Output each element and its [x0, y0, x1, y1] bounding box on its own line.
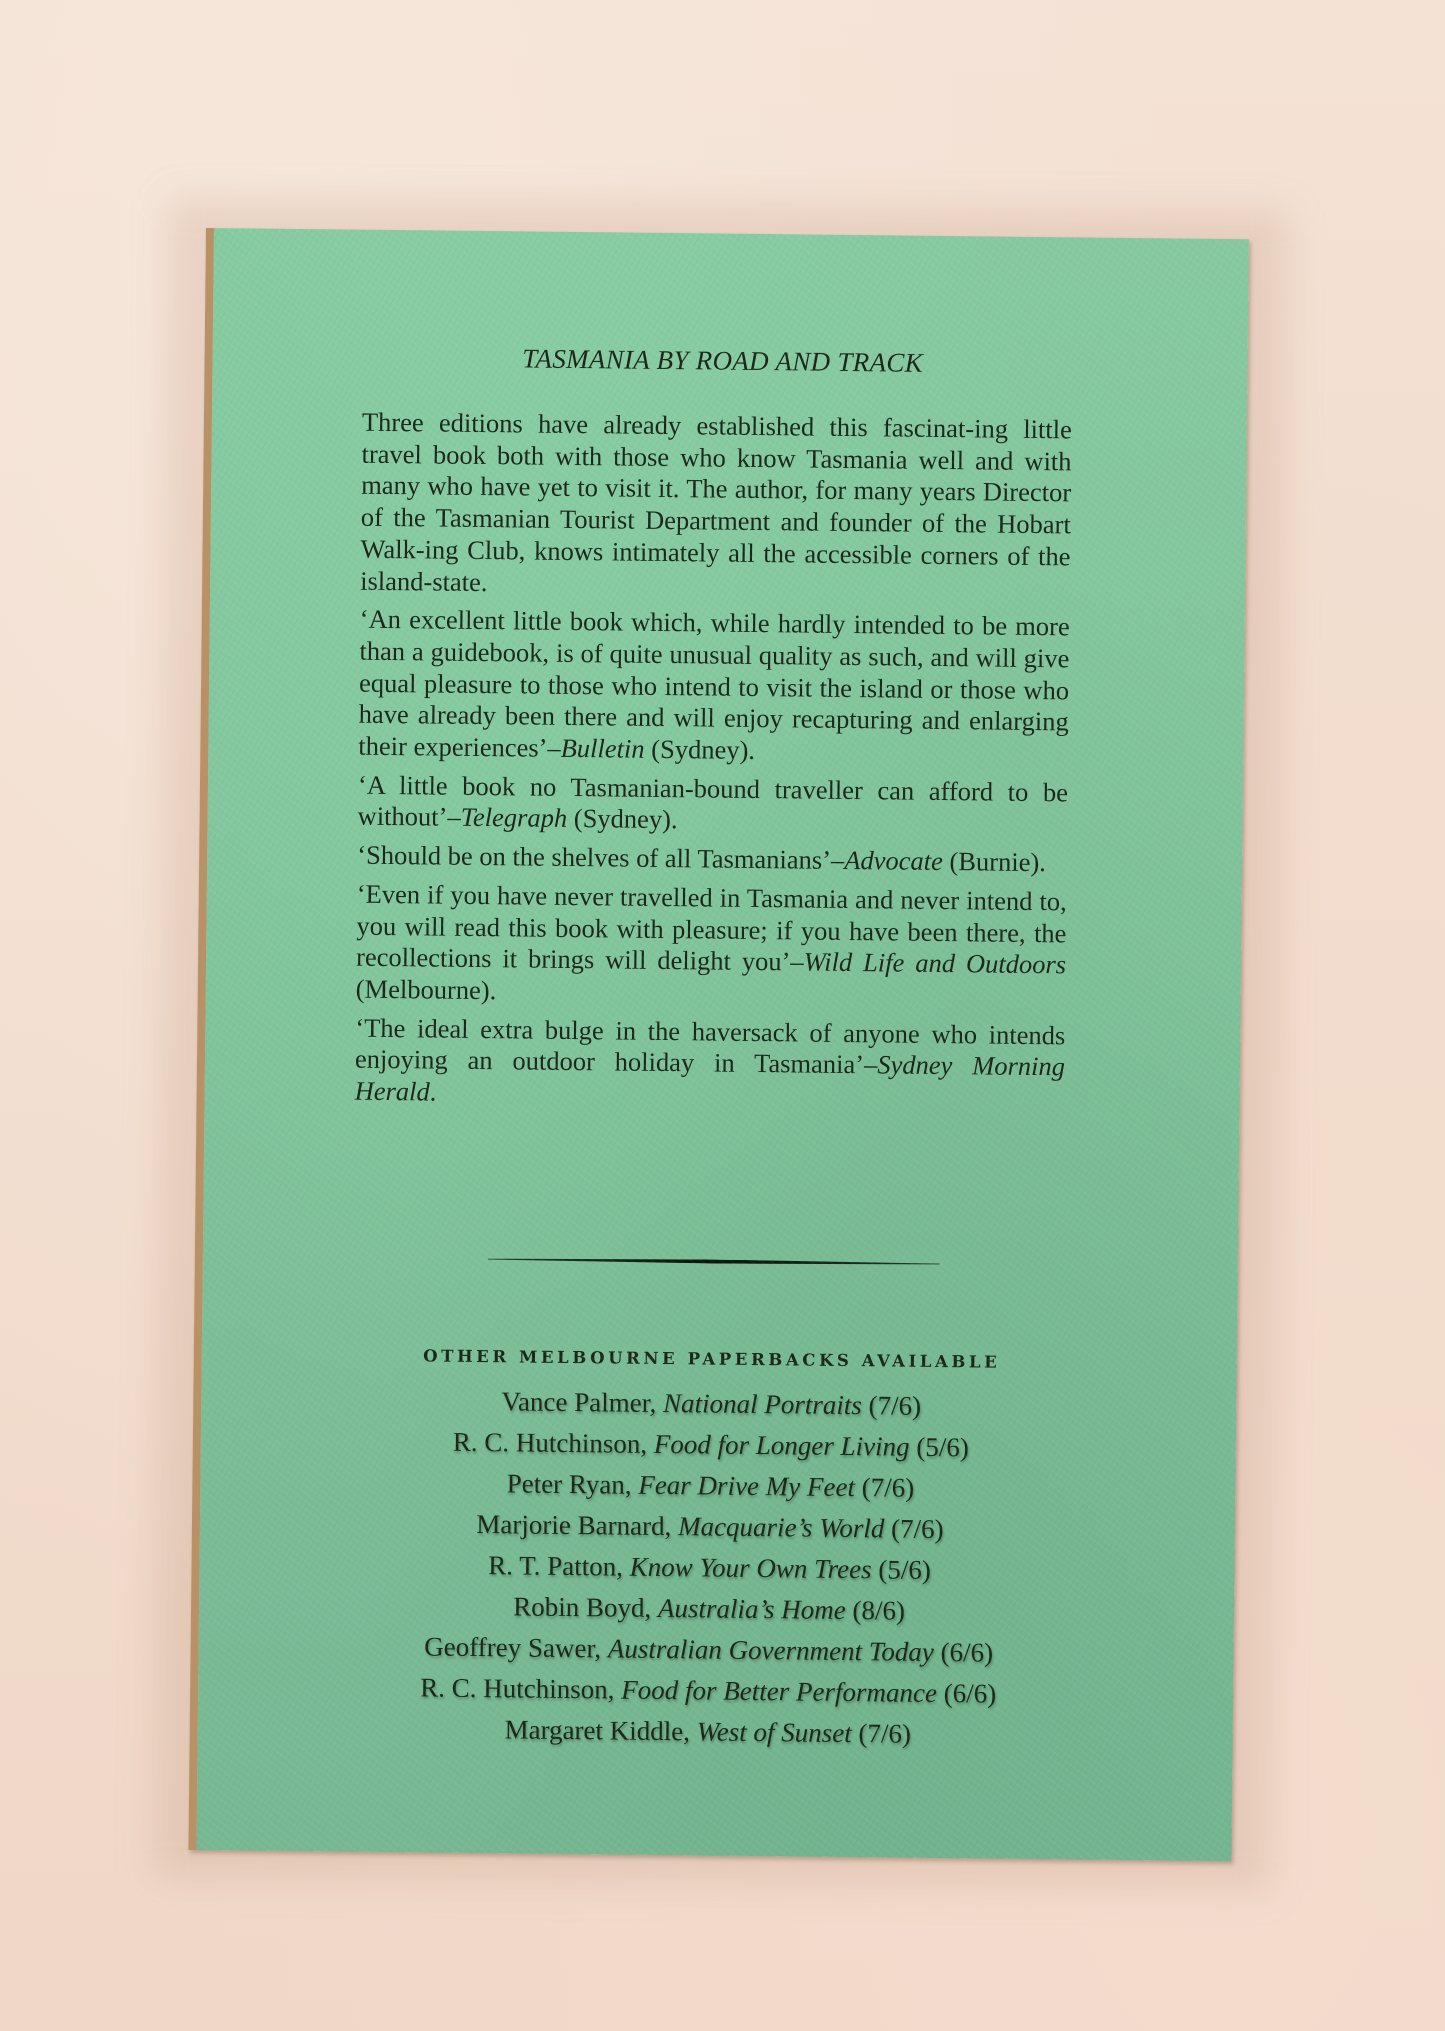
- review-place: (Sydney).: [567, 803, 678, 834]
- review-source: Bulletin: [561, 733, 645, 764]
- other-books-list: Vance Palmer, National Portraits (7/6) R…: [348, 1380, 1072, 1757]
- book-title-item: Australian Government Today: [608, 1633, 934, 1667]
- review-source: Telegraph: [461, 802, 568, 833]
- book-author: Peter Ryan,: [507, 1468, 639, 1499]
- book-title-item: Fear Drive My Feet: [638, 1470, 855, 1502]
- review-text: ‘Should be on the shelves of all Tasmani…: [357, 840, 844, 875]
- book-author: Geoffrey Sawer,: [424, 1631, 608, 1663]
- book-price: (7/6): [884, 1513, 944, 1544]
- list-item: Margaret Kiddle, West of Sunset (7/6): [348, 1708, 1068, 1757]
- review-quote: ‘Even if you have never travelled in Tas…: [356, 879, 1067, 1013]
- review-place: (Burnie).: [943, 846, 1046, 877]
- review-quote: ‘The ideal extra bulge in the haversack …: [354, 1012, 1065, 1115]
- review-source: Advocate: [844, 845, 943, 876]
- other-books-heading: OTHER MELBOURNE PAPERBACKS AVAILABLE: [352, 1346, 1072, 1373]
- book-price: (7/6): [862, 1390, 922, 1421]
- book-author: R. T. Patton,: [488, 1550, 630, 1582]
- review-place: .: [430, 1077, 437, 1107]
- book-title-item: National Portraits: [663, 1388, 862, 1420]
- book-author: Marjorie Barnard,: [476, 1509, 678, 1541]
- book-author: Vance Palmer,: [501, 1386, 663, 1418]
- review-place: (Sydney).: [644, 734, 755, 765]
- book-title-item: Food for Longer Living: [654, 1429, 910, 1462]
- book-title: TASMANIA BY ROAD AND TRACK: [362, 342, 1082, 381]
- review-place: (Melbourne).: [356, 974, 497, 1006]
- book-price: (8/6): [846, 1595, 906, 1626]
- list-item: R. C. Hutchinson, Food for Better Perfor…: [348, 1667, 1068, 1716]
- book-title-item: West of Sunset: [697, 1716, 852, 1748]
- book-title-item: Know Your Own Trees: [630, 1552, 872, 1585]
- book-title-item: Australia’s Home: [658, 1593, 846, 1625]
- blurb: Three editions have already established …: [354, 407, 1072, 1122]
- book-price: (6/6): [934, 1637, 994, 1668]
- book-author: Robin Boyd,: [513, 1591, 658, 1623]
- book-price: (5/6): [909, 1432, 969, 1463]
- book-author: R. C. Hutchinson,: [453, 1427, 654, 1459]
- review-quote: ‘An excellent little book which, while h…: [358, 604, 1070, 770]
- book-price: (6/6): [937, 1678, 997, 1709]
- book-back-cover: TASMANIA BY ROAD AND TRACK Three edition…: [188, 228, 1248, 1861]
- book-title-item: Macquarie’s World: [678, 1511, 885, 1543]
- book-title-item: Food for Better Performance: [621, 1675, 937, 1708]
- review-quote: ‘Should be on the shelves of all Tasmani…: [357, 840, 1067, 879]
- book-price: (5/6): [871, 1554, 931, 1585]
- list-item: R. C. Hutchinson, Food for Longer Living…: [351, 1421, 1071, 1470]
- review-quote: ‘A little book no Tasmanian-bound travel…: [357, 769, 1068, 840]
- book-price: (7/6): [852, 1718, 912, 1749]
- blurb-description: Three editions have already established …: [360, 407, 1072, 605]
- divider-rule: [488, 1257, 940, 1266]
- review-source: Wild Life and Outdoors: [803, 947, 1066, 980]
- book-author: Margaret Kiddle,: [504, 1714, 697, 1746]
- book-author: R. C. Hutchinson,: [420, 1672, 621, 1704]
- book-price: (7/6): [855, 1472, 915, 1503]
